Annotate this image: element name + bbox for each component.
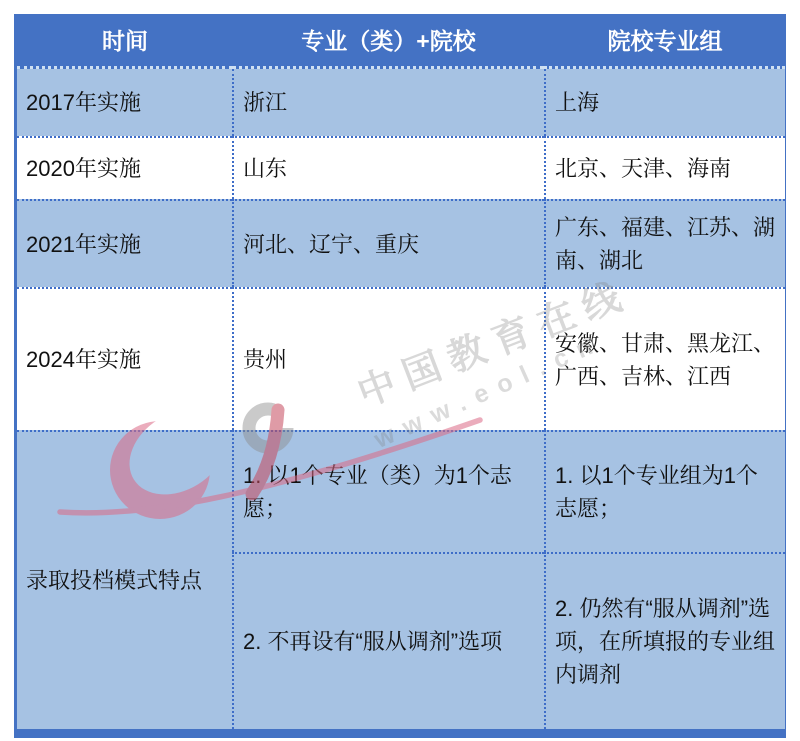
- cell-2020-college-group: 北京、天津、海南: [544, 136, 785, 199]
- header-cell-time: 时间: [17, 16, 232, 69]
- cell-feature2-college-group: 2. 仍然有“服从调剂”选项，在所填报的专业组内调剂: [544, 552, 785, 729]
- cell-feature1-college-group: 1. 以1个专业组为1个志愿；: [544, 430, 785, 552]
- cell-2024-major-college: 贵州: [232, 287, 544, 430]
- cell-feature2-major-college: 2. 不再设有“服从调剂”选项: [232, 552, 544, 729]
- cell-2020-time: 2020年实施: [17, 136, 232, 199]
- cell-2017-time: 2017年实施: [17, 69, 232, 136]
- cell-2024-time: 2024年实施: [17, 287, 232, 430]
- cell-2017-major-college: 浙江: [232, 69, 544, 136]
- header-cell-college-major-group: 院校专业组: [544, 16, 785, 69]
- cell-2021-college-group: 广东、福建、江苏、湖南、湖北: [544, 199, 785, 287]
- cell-feature1-major-college: 1. 以1个专业（类）为1个志愿；: [232, 430, 544, 552]
- cell-2024-college-group: 安徽、甘肃、黑龙江、广西、吉林、江西: [544, 287, 785, 430]
- cell-2021-major-college: 河北、辽宁、重庆: [232, 199, 544, 287]
- page: 时间 专业（类）+院校 院校专业组 2017年实施 浙江 上海 2020年实施 …: [0, 0, 800, 741]
- cell-2021-time: 2021年实施: [17, 199, 232, 287]
- cell-feature-label: 录取投档模式特点: [17, 430, 232, 729]
- header-cell-major-plus-college: 专业（类）+院校: [232, 16, 544, 69]
- cell-2017-college-group: 上海: [544, 69, 785, 136]
- cell-2020-major-college: 山东: [232, 136, 544, 199]
- admission-mode-table: 时间 专业（类）+院校 院校专业组 2017年实施 浙江 上海 2020年实施 …: [14, 14, 786, 738]
